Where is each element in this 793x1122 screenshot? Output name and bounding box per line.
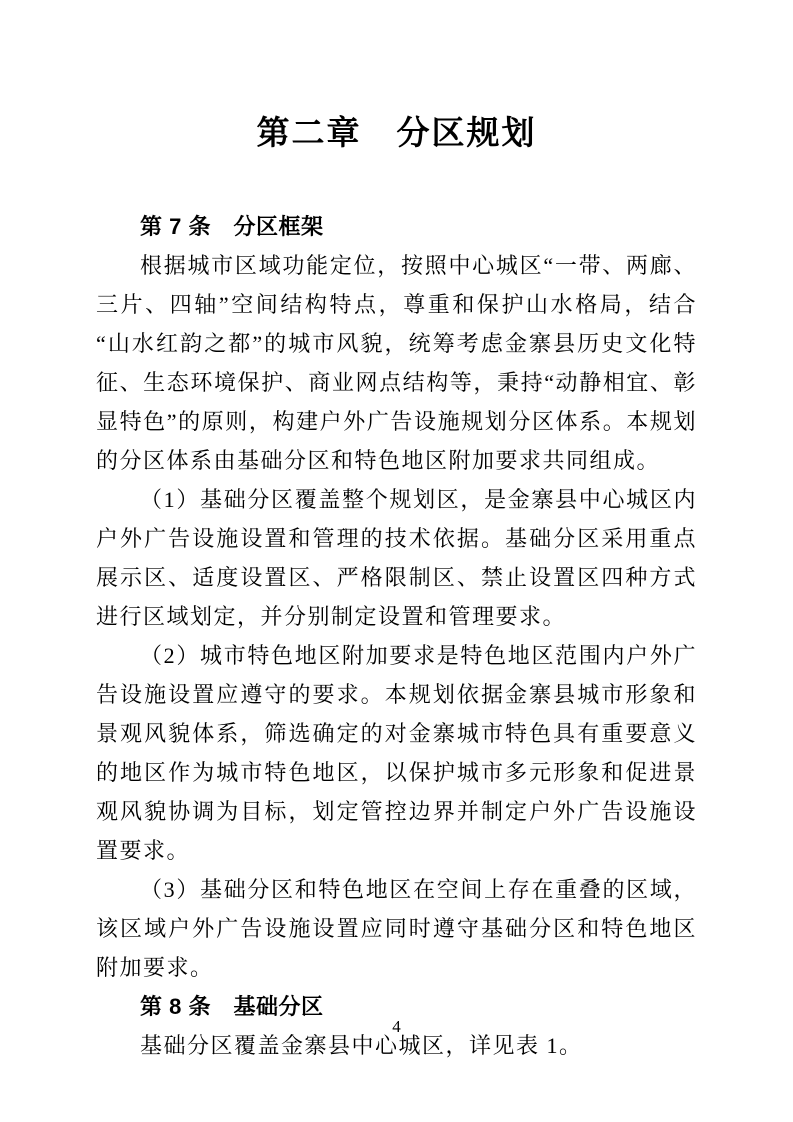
article-7-paragraph-3: （2）城市特色地区附加要求是特色地区范围内户外广告设施设置应遵守的要求。本规划依… (96, 636, 697, 870)
chapter-title: 第二章 分区规划 (96, 0, 697, 160)
document-page: 第二章 分区规划 第 7 条 分区框架 根据城市区域功能定位，按照中心城区“一带… (0, 0, 793, 1122)
page-number: 4 (0, 1016, 793, 1038)
article-7-paragraph-2: （1）基础分区覆盖整个规划区，是金寨县中心城区内户外广告设施设置和管理的技术依据… (96, 480, 697, 636)
section-article-7: 第 7 条 分区框架 根据城市区域功能定位，按照中心城区“一带、两廊、三片、四轴… (96, 207, 697, 987)
page-content: 第二章 分区规划 第 7 条 分区框架 根据城市区域功能定位，按照中心城区“一带… (96, 0, 697, 1065)
article-7-paragraph-4: （3）基础分区和特色地区在空间上存在重叠的区域，该区域户外广告设施设置应同时遵守… (96, 870, 697, 987)
article-7-paragraph-1: 根据城市区域功能定位，按照中心城区“一带、两廊、三片、四轴”空间结构特点，尊重和… (96, 246, 697, 480)
article-7-heading: 第 7 条 分区框架 (96, 207, 697, 246)
